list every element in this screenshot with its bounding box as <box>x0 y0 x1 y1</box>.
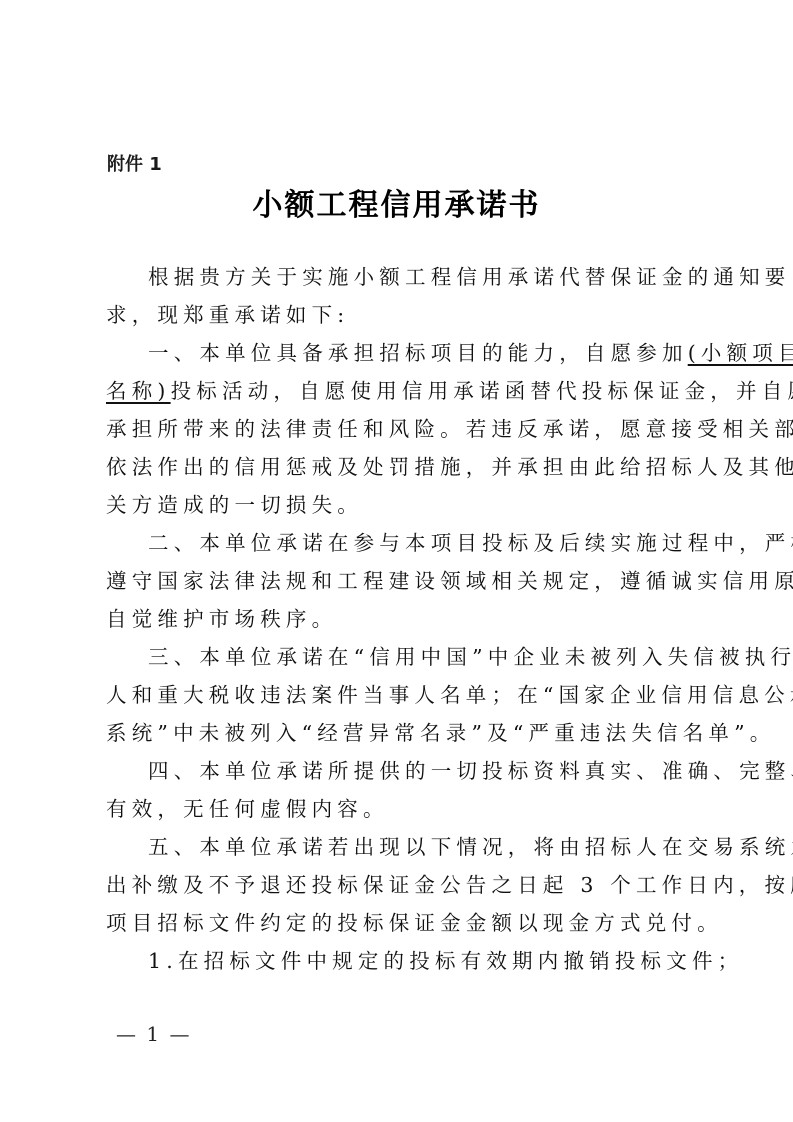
paragraph-1: 一、本单位具备承担招标项目的能力，自愿参加(小额项目 名称)投标活动，自愿使用信… <box>106 334 706 524</box>
text-line: 根据贵方关于实施小额工程信用承诺代替保证金的通知要 <box>106 258 706 296</box>
project-name-placeholder-cont: 名称) <box>106 379 171 403</box>
text-line: 一、本单位具备承担招标项目的能力，自愿参加(小额项目 <box>106 334 706 372</box>
text-line: 依法作出的信用惩戒及处罚措施，并承担由此给招标人及其他相 <box>106 448 706 486</box>
text-line: 求，现郑重承诺如下: <box>106 296 706 334</box>
attachment-label: 附件 1 <box>107 150 162 176</box>
text-line: 三、本单位承诺在“信用中国”中企业未被列入失信被执行 <box>106 638 706 676</box>
text-line: 遵守国家法律法规和工程建设领域相关规定，遵循诚实信用原则， <box>106 562 706 600</box>
document-body: 根据贵方关于实施小额工程信用承诺代替保证金的通知要 求，现郑重承诺如下: 一、本… <box>106 258 706 980</box>
text-line: 关方造成的一切损失。 <box>106 486 706 524</box>
text-line: 承担所带来的法律责任和风险。若违反承诺，愿意接受相关部门 <box>106 410 706 448</box>
text-line: 自觉维护市场秩序。 <box>106 600 706 638</box>
text-line: 项目招标文件约定的投标保证金金额以现金方式兑付。 <box>106 904 706 942</box>
text-span: 投标活动，自愿使用信用承诺函替代投标保证金，并自愿 <box>171 379 793 403</box>
paragraph-4: 四、本单位承诺所提供的一切投标资料真实、准确、完整、 有效，无任何虚假内容。 <box>106 752 706 828</box>
page-number: — 1 — <box>116 1022 191 1046</box>
text-line: 1.在招标文件中规定的投标有效期内撤销投标文件； <box>106 942 706 980</box>
project-name-placeholder: (小额项目 <box>688 341 793 365</box>
text-line: 二、本单位承诺在参与本项目投标及后续实施过程中，严格 <box>106 524 706 562</box>
paragraph-5: 五、本单位承诺若出现以下情况，将由招标人在交易系统发 出补缴及不予退还投标保证金… <box>106 828 706 942</box>
text-line: 名称)投标活动，自愿使用信用承诺函替代投标保证金，并自愿 <box>106 372 706 410</box>
text-span: 一、本单位具备承担招标项目的能力，自愿参加 <box>148 341 688 365</box>
text-line: 有效，无任何虚假内容。 <box>106 790 706 828</box>
text-line: 四、本单位承诺所提供的一切投标资料真实、准确、完整、 <box>106 752 706 790</box>
paragraph-5-item-1: 1.在招标文件中规定的投标有效期内撤销投标文件； <box>106 942 706 980</box>
text-line: 出补缴及不予退还投标保证金公告之日起 3 个工作日内，按所投 <box>106 866 706 904</box>
text-line: 五、本单位承诺若出现以下情况，将由招标人在交易系统发 <box>106 828 706 866</box>
paragraph-2: 二、本单位承诺在参与本项目投标及后续实施过程中，严格 遵守国家法律法规和工程建设… <box>106 524 706 638</box>
paragraph-3: 三、本单位承诺在“信用中国”中企业未被列入失信被执行 人和重大税收违法案件当事人… <box>106 638 706 752</box>
text-line: 系统”中未被列入“经营异常名录”及“严重违法失信名单”。 <box>106 714 706 752</box>
document-title: 小额工程信用承诺书 <box>0 180 793 224</box>
paragraph-intro: 根据贵方关于实施小额工程信用承诺代替保证金的通知要 求，现郑重承诺如下: <box>106 258 706 334</box>
text-line: 人和重大税收违法案件当事人名单；在“国家企业信用信息公示 <box>106 676 706 714</box>
